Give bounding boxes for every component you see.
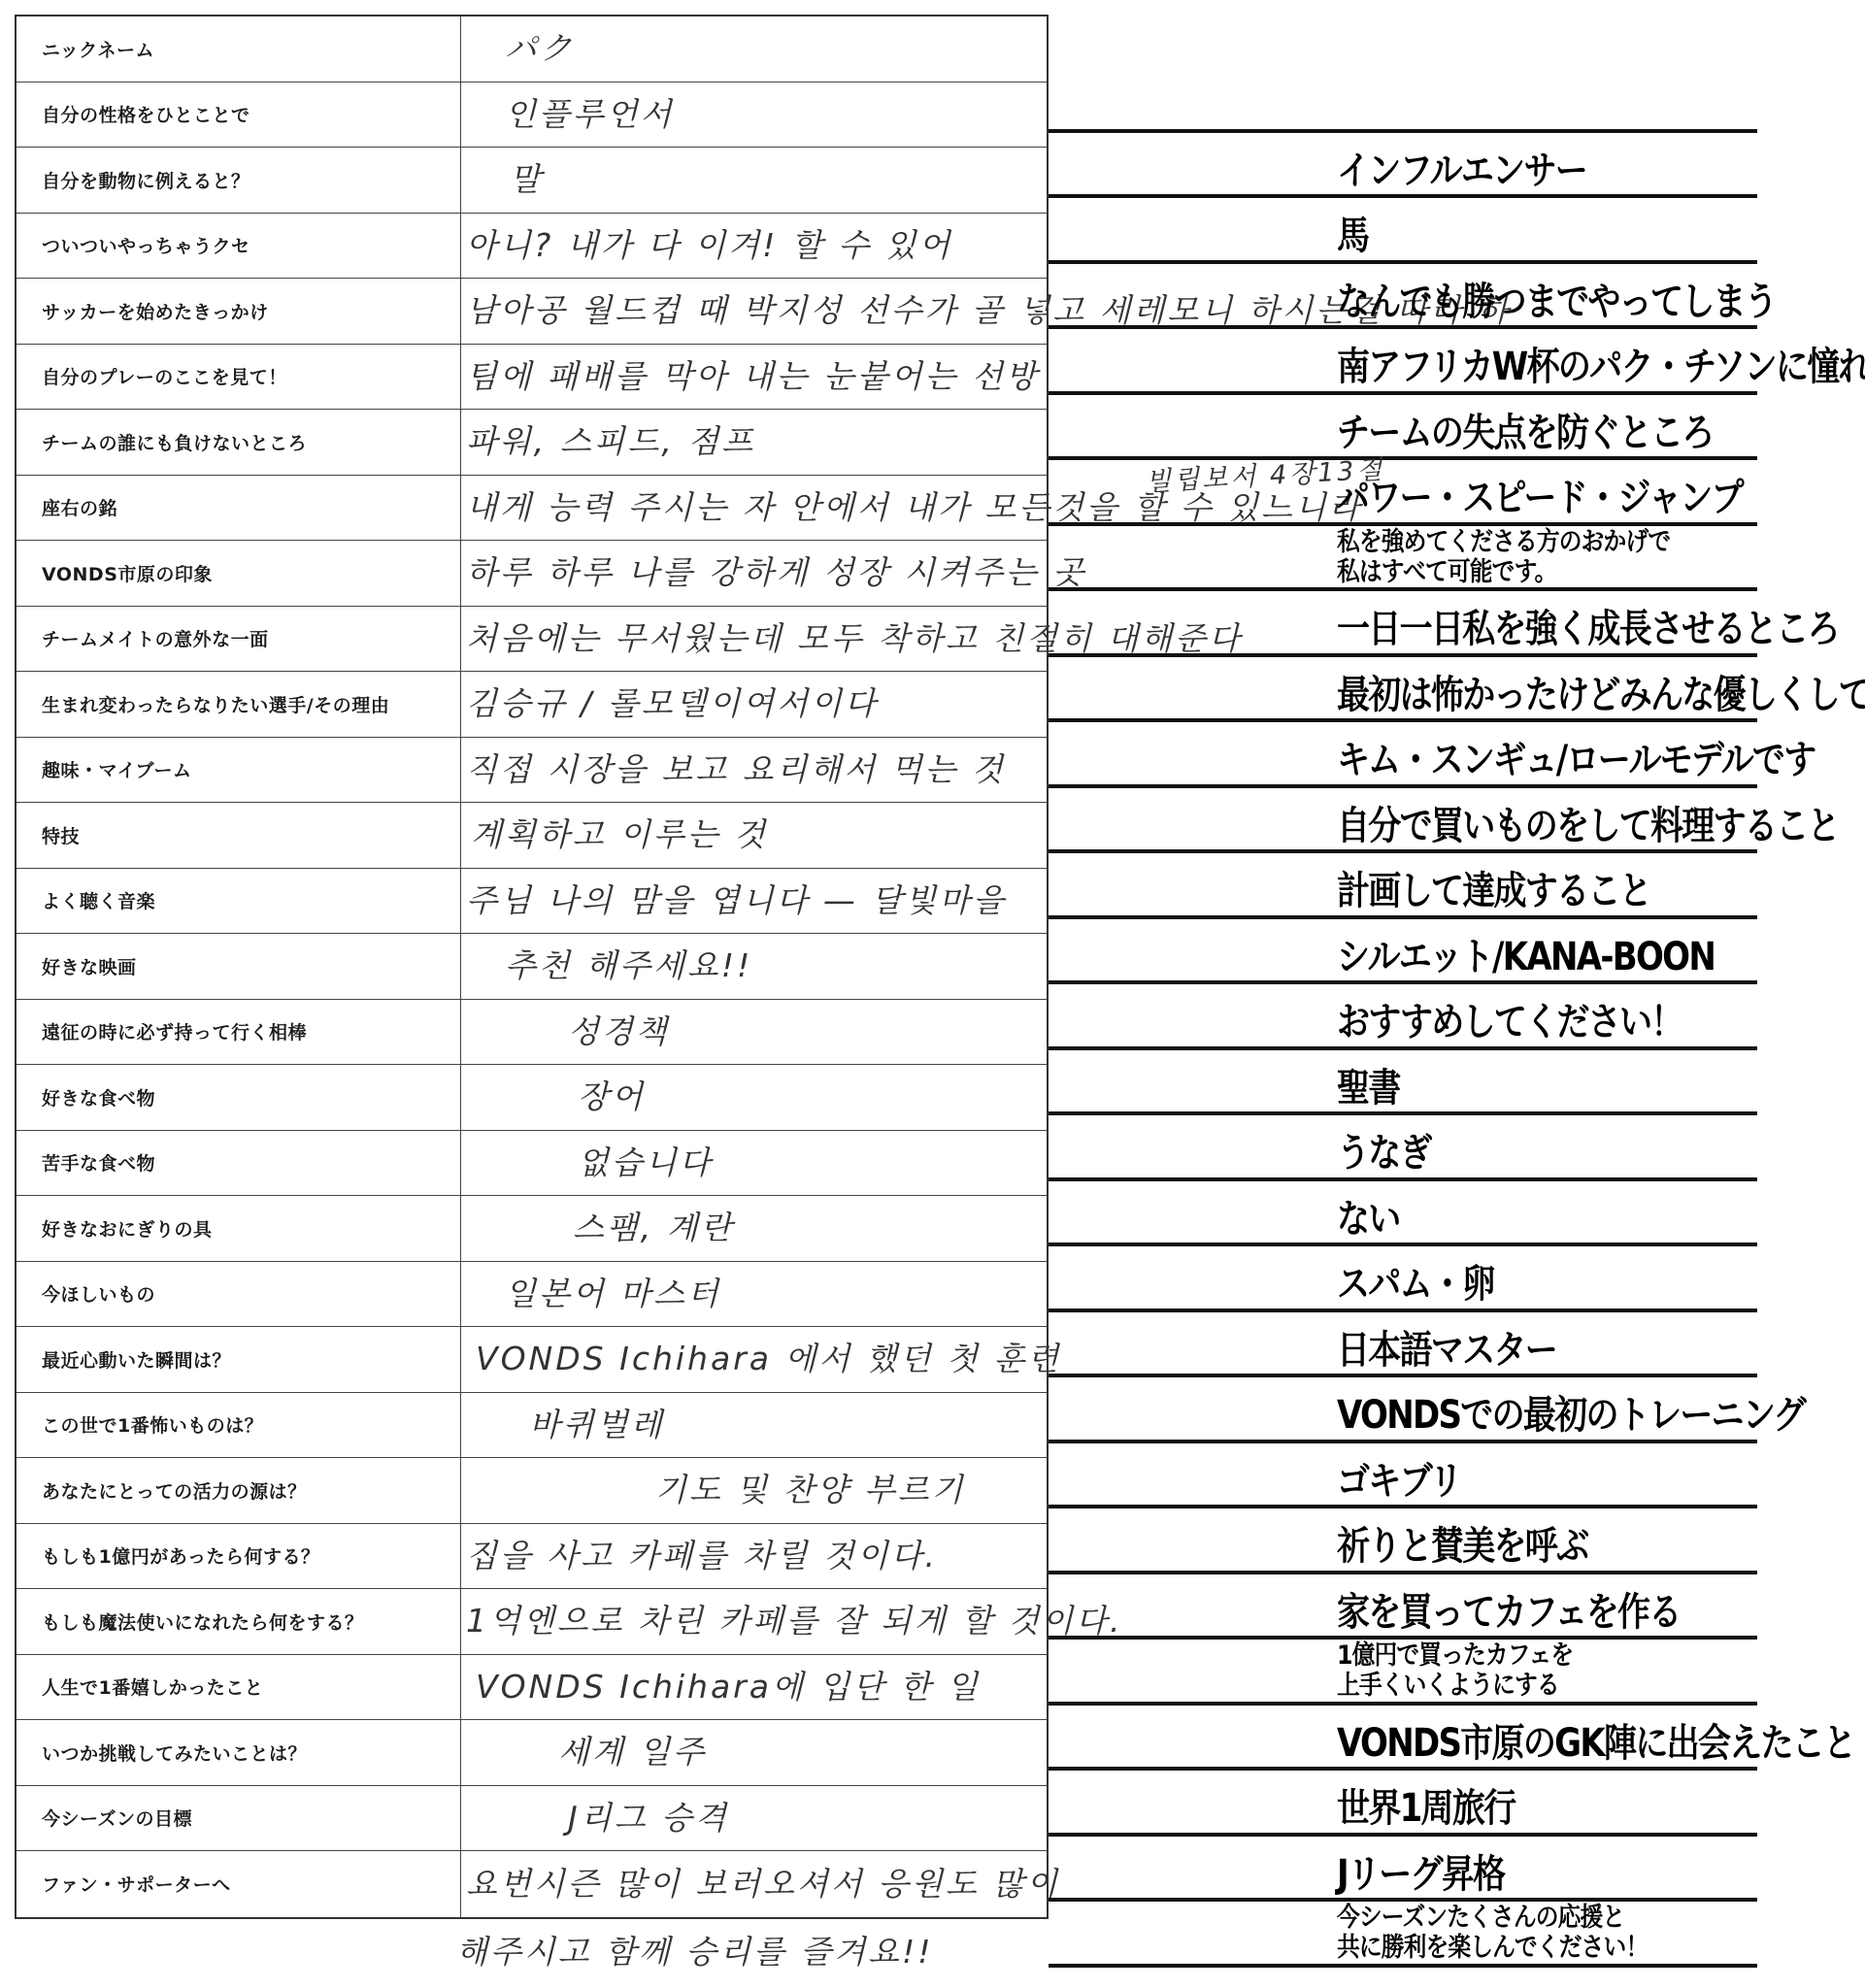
- table-row: 好きな映画추천 해주세요!!: [17, 934, 1047, 1000]
- question-label: 自分を動物に例えると？: [17, 148, 461, 213]
- handwritten-answer: 김승규 / 롤모델이여서이다: [461, 672, 1047, 737]
- translation-divider: [1049, 587, 1757, 591]
- translation-divider: [1049, 1636, 1757, 1640]
- question-label: 自分のプレーのここを見て！: [17, 345, 461, 410]
- japanese-translation: 私を強めてくださる方のおかげで 私はすべて可能です。: [1337, 527, 1670, 587]
- question-label: VONDS市原の印象: [17, 541, 461, 606]
- handwritten-answer: 기도 및 찬양 부르기: [461, 1458, 1047, 1523]
- answer-text: J리그 승격: [568, 1793, 729, 1839]
- answer-text: 요번시즌 많이 보러오셔서 응원도 많이: [466, 1859, 1060, 1905]
- translation-divider: [1049, 1964, 1757, 1968]
- table-row: いつか挑戦してみたいことは？세계 일주: [17, 1720, 1047, 1786]
- answer-text: 바퀴벌레: [529, 1400, 665, 1445]
- japanese-translation: 日本語マスター: [1337, 1319, 1556, 1375]
- translation-divider: [1049, 260, 1757, 264]
- japanese-translation: キム・スンギュ/ロールモデルです: [1337, 729, 1815, 784]
- japanese-translation: 祈りと賛美を呼ぶ: [1337, 1515, 1587, 1571]
- japanese-translation: ゴキブリ: [1337, 1450, 1461, 1506]
- question-label: チームの誰にも負けないところ: [17, 410, 461, 475]
- question-label: サッカーを始めたきっかけ: [17, 279, 461, 344]
- table-row: 自分を動物に例えると？말: [17, 148, 1047, 214]
- handwritten-answer: 파워, 스피드, 점프: [461, 410, 1047, 475]
- question-label: 今シーズンの目標: [17, 1786, 461, 1851]
- japanese-translation: VONDSでの最初のトレーニング: [1337, 1384, 1805, 1440]
- question-label: 好きなおにぎりの具: [17, 1196, 461, 1261]
- table-row: 趣味・マイブーム직접 시장을 보고 요리해서 먹는 것: [17, 738, 1047, 804]
- table-row: あなたにとっての活力の源は？기도 및 찬양 부르기: [17, 1458, 1047, 1524]
- table-row: この世で1番怖いものは？바퀴벌레: [17, 1393, 1047, 1459]
- question-label: よく聴く音楽: [17, 869, 461, 934]
- translation-divider: [1049, 1505, 1757, 1508]
- answer-text: 성경책: [568, 1007, 670, 1052]
- question-label: ファン・サポーターへ: [17, 1851, 461, 1917]
- table-row: 好きなおにぎりの具스팸, 계란: [17, 1196, 1047, 1262]
- answer-text: パク: [505, 23, 575, 69]
- table-row: よく聴く音楽주님 나의 맘을 엽니다 — 달빛마을: [17, 869, 1047, 935]
- translation-divider: [1049, 1309, 1757, 1312]
- handwritten-answer: 내게 능력 주시는 자 안에서 내가 모든것을 할 수 있느니라: [461, 476, 1047, 541]
- answer-text: 아니? 내가 다 이겨! 할 수 있어: [466, 220, 952, 266]
- question-label: この世で1番怖いものは？: [17, 1393, 461, 1458]
- answer-text: 일본어 마스터: [505, 1269, 721, 1314]
- handwritten-answer: 주님 나의 맘을 엽니다 — 달빛마을: [461, 869, 1047, 934]
- table-row: 遠征の時に必ず持って行く相棒성경책: [17, 1000, 1047, 1066]
- answer-text: 스팸, 계란: [573, 1203, 735, 1248]
- japanese-translation: 世界1周旅行: [1337, 1777, 1515, 1833]
- translation-divider: [1049, 194, 1757, 198]
- question-label: 遠征の時に必ず持って行く相棒: [17, 1000, 461, 1065]
- question-label: 趣味・マイブーム: [17, 738, 461, 803]
- japanese-translation: 自分で買いものをして料理すること: [1337, 795, 1839, 850]
- answer-text: 하루 하루 나를 강하게 성장 시켜주는 곳: [466, 547, 1086, 593]
- question-label: 自分の性格をひとことで: [17, 83, 461, 148]
- table-row: 特技계획하고 이루는 것: [17, 803, 1047, 869]
- table-row: 今シーズンの目標J리그 승격: [17, 1786, 1047, 1852]
- translation-divider: [1049, 1177, 1757, 1181]
- question-label: 好きな映画: [17, 934, 461, 999]
- japanese-translation: インフルエンサー: [1337, 140, 1586, 195]
- handwritten-answer: 성경책: [461, 1000, 1047, 1065]
- handwritten-answer: VONDS Ichihara 에서 했던 첫 훈련: [461, 1327, 1047, 1392]
- handwritten-answer: 하루 하루 나를 강하게 성장 시켜주는 곳: [461, 541, 1047, 606]
- question-label: あなたにとっての活力の源は？: [17, 1458, 461, 1523]
- question-label: 最近心動いた瞬間は？: [17, 1327, 461, 1392]
- fan-message-continuation: 해주시고 함께 승리를 즐겨요!!: [456, 1927, 933, 1972]
- answer-text: 기도 및 찬양 부르기: [655, 1465, 966, 1510]
- question-label: もしも1億円があったら何する？: [17, 1524, 461, 1589]
- question-label: 座右の銘: [17, 476, 461, 541]
- japanese-translation: なんでも勝つまでやってしまう: [1337, 271, 1776, 326]
- table-row: 自分のプレーのここを見て！팀에 패배를 막아 내는 눈붙어는 선방: [17, 345, 1047, 411]
- translation-divider: [1049, 1242, 1757, 1246]
- translation-divider: [1049, 1374, 1757, 1377]
- translation-divider: [1049, 522, 1757, 526]
- table-row: チームの誰にも負けないところ파워, 스피드, 점프: [17, 410, 1047, 476]
- question-label: 好きな食べ物: [17, 1065, 461, 1130]
- translation-divider: [1049, 1571, 1757, 1574]
- answer-text: VONDS Ichihara에 입단 한 일: [476, 1662, 981, 1707]
- table-row: 苦手な食べ物없습니다: [17, 1131, 1047, 1197]
- translation-divider: [1049, 718, 1757, 722]
- translation-divider: [1049, 980, 1757, 984]
- table-row: 自分の性格をひとことで인플루언서: [17, 83, 1047, 149]
- japanese-translation: 今シーズンたくさんの応援と 共に勝利を楽しんでください！: [1337, 1903, 1648, 1963]
- translation-divider: [1049, 391, 1757, 395]
- translation-divider: [1049, 784, 1757, 788]
- handwritten-answer: VONDS Ichihara에 입단 한 일: [461, 1655, 1047, 1720]
- handwritten-answer: 팀에 패배를 막아 내는 눈붙어는 선방: [461, 345, 1047, 410]
- table-row: 人生で1番嬉しかったことVONDS Ichihara에 입단 한 일: [17, 1655, 1047, 1721]
- answer-text: 없습니다: [578, 1138, 714, 1183]
- answer-text: 계획하고 이루는 것: [471, 810, 768, 855]
- japanese-translation: おすすめしてください！: [1337, 991, 1682, 1046]
- handwritten-answer: 처음에는 무서웠는데 모두 착하고 친절히 대해준다: [461, 607, 1047, 672]
- answer-text: 팀에 패배를 막아 내는 눈붙어는 선방: [466, 351, 1040, 397]
- japanese-translation: チームの失点を防ぐところ: [1337, 402, 1714, 457]
- table-row: ついついやっちゃうクセ아니? 내가 다 이겨! 할 수 있어: [17, 214, 1047, 280]
- translation-divider: [1049, 849, 1757, 853]
- answer-text: 직접 시장을 보고 요리해서 먹는 것: [466, 745, 1006, 790]
- translation-divider: [1049, 1111, 1757, 1115]
- handwritten-answer: 인플루언서: [461, 83, 1047, 148]
- translation-divider: [1049, 915, 1757, 919]
- table-row: ニックネームパク: [17, 17, 1047, 83]
- handwritten-answer: 일본어 마스터: [461, 1262, 1047, 1327]
- japanese-translation: 聖書: [1337, 1057, 1400, 1112]
- handwritten-answer: 추천 해주세요!!: [461, 934, 1047, 999]
- japanese-translation: スパム・卵: [1337, 1253, 1494, 1309]
- table-row: もしも1億円があったら何する？집을 사고 카페를 차릴 것이다.: [17, 1524, 1047, 1590]
- handwritten-answer: パク: [461, 17, 1047, 82]
- translation-divider: [1049, 129, 1757, 133]
- handwritten-answer: 계획하고 이루는 것: [461, 803, 1047, 868]
- questionnaire-table: ニックネームパク自分の性格をひとことで인플루언서自分を動物に例えると？말ついつい…: [15, 15, 1049, 1919]
- handwritten-answer: 스팸, 계란: [461, 1196, 1047, 1261]
- japanese-translation: 1億円で買ったカフェを 上手くいくようにする: [1337, 1640, 1573, 1701]
- answer-text: 세계 일주: [558, 1727, 707, 1773]
- handwritten-answer: 바퀴벌레: [461, 1393, 1047, 1458]
- translation-divider: [1049, 325, 1757, 329]
- answer-text: VONDS Ichihara 에서 했던 첫 훈련: [476, 1334, 1061, 1379]
- table-row: 最近心動いた瞬間は？VONDS Ichihara 에서 했던 첫 훈련: [17, 1327, 1047, 1393]
- table-row: 今ほしいもの일본어 마스터: [17, 1262, 1047, 1328]
- japanese-translation: 馬: [1337, 205, 1368, 260]
- table-row: VONDS市原の印象하루 하루 나를 강하게 성장 시켜주는 곳: [17, 541, 1047, 607]
- questionnaire-sheet: ニックネームパク自分の性格をひとことで인플루언서自分を動物に例えると？말ついつい…: [0, 0, 1865, 1988]
- handwritten-answer: 없습니다: [461, 1131, 1047, 1196]
- answer-text: 인플루언서: [505, 89, 674, 135]
- handwritten-answer: 집을 사고 카페를 차릴 것이다.: [461, 1524, 1047, 1589]
- question-label: ついついやっちゃうクセ: [17, 214, 461, 279]
- answer-text: 파워, 스피드, 점프: [466, 416, 755, 462]
- japanese-translation: 計画して達成すること: [1337, 860, 1650, 915]
- question-label: もしも魔法使いになれたら何をする？: [17, 1589, 461, 1654]
- question-label: 特技: [17, 803, 461, 868]
- japanese-translation: ない: [1337, 1188, 1400, 1243]
- japanese-translation: 南アフリカW杯のパク・チソンに憧れて: [1337, 336, 1865, 391]
- answer-text: 1억엔으로 차린 카페를 잘 되게 할 것이다.: [466, 1596, 1122, 1641]
- handwritten-answer: 세계 일주: [461, 1720, 1047, 1785]
- translation-divider: [1049, 1046, 1757, 1050]
- translation-divider: [1049, 1833, 1757, 1837]
- japanese-translation: シルエット/KANA-BOON: [1337, 926, 1715, 981]
- table-row: 好きな食べ物장어: [17, 1065, 1047, 1131]
- handwritten-answer: 남아공 월드컵 때 박지성 선수가 골 넣고 세레모니 하시는걸 따라 하: [461, 279, 1047, 344]
- japanese-translation: Jリーグ昇格: [1337, 1843, 1504, 1899]
- question-label: 苦手な食べ物: [17, 1131, 461, 1196]
- translation-divider: [1049, 1898, 1757, 1902]
- question-label: 今ほしいもの: [17, 1262, 461, 1327]
- japanese-translation: 家を買ってカフェを作る: [1337, 1581, 1681, 1637]
- question-label: チームメイトの意外な一面: [17, 607, 461, 672]
- table-row: サッカーを始めたきっかけ남아공 월드컵 때 박지성 선수가 골 넣고 세레모니 …: [17, 279, 1047, 345]
- translation-divider: [1049, 1767, 1757, 1771]
- japanese-translation: 一日一日私を強く成長させるところ: [1337, 598, 1839, 653]
- question-label: 生まれ変わったらなりたい選手/その理由: [17, 672, 461, 737]
- japanese-translation: 最初は怖かったけどみんな優しくしてくれる: [1337, 664, 1865, 719]
- table-row: もしも魔法使いになれたら何をする？1억엔으로 차린 카페를 잘 되게 할 것이다…: [17, 1589, 1047, 1655]
- question-label: 人生で1番嬉しかったこと: [17, 1655, 461, 1720]
- answer-text: 주님 나의 맘을 엽니다 — 달빛마을: [466, 876, 1007, 921]
- handwritten-answer: 아니? 내가 다 이겨! 할 수 있어: [461, 214, 1047, 279]
- japanese-translation: VONDS市原のGK陣に出会えたこと: [1337, 1712, 1854, 1768]
- translation-divider: [1049, 1702, 1757, 1706]
- japanese-translation: うなぎ: [1337, 1122, 1431, 1177]
- handwritten-answer: 장어: [461, 1065, 1047, 1130]
- answer-text: 김승규 / 롤모델이여서이다: [466, 679, 879, 724]
- answer-text: 장어: [578, 1072, 646, 1117]
- answer-text: 집을 사고 카페를 차릴 것이다.: [466, 1531, 938, 1576]
- japanese-translation: パワー・スピード・ジャンプ: [1337, 467, 1743, 522]
- table-row: 生まれ変わったらなりたい選手/その理由김승규 / 롤모델이여서이다: [17, 672, 1047, 738]
- table-row: チームメイトの意外な一面처음에는 무서웠는데 모두 착하고 친절히 대해준다: [17, 607, 1047, 673]
- table-row: 座右の銘내게 능력 주시는 자 안에서 내가 모든것을 할 수 있느니라: [17, 476, 1047, 542]
- handwritten-answer: 요번시즌 많이 보러오셔서 응원도 많이: [461, 1851, 1047, 1917]
- translation-divider: [1049, 653, 1757, 657]
- handwritten-answer: 말: [461, 148, 1047, 213]
- answer-text: 추천 해주세요!!: [505, 941, 752, 986]
- translation-divider: [1049, 1440, 1757, 1443]
- table-row: ファン・サポーターへ요번시즌 많이 보러오셔서 응원도 많이: [17, 1851, 1047, 1917]
- handwritten-answer: J리그 승격: [461, 1786, 1047, 1851]
- answer-text: 말: [510, 154, 544, 200]
- handwritten-answer: 1억엔으로 차린 카페를 잘 되게 할 것이다.: [461, 1589, 1047, 1654]
- handwritten-answer: 직접 시장을 보고 요리해서 먹는 것: [461, 738, 1047, 803]
- question-label: ニックネーム: [17, 17, 461, 82]
- question-label: いつか挑戦してみたいことは？: [17, 1720, 461, 1785]
